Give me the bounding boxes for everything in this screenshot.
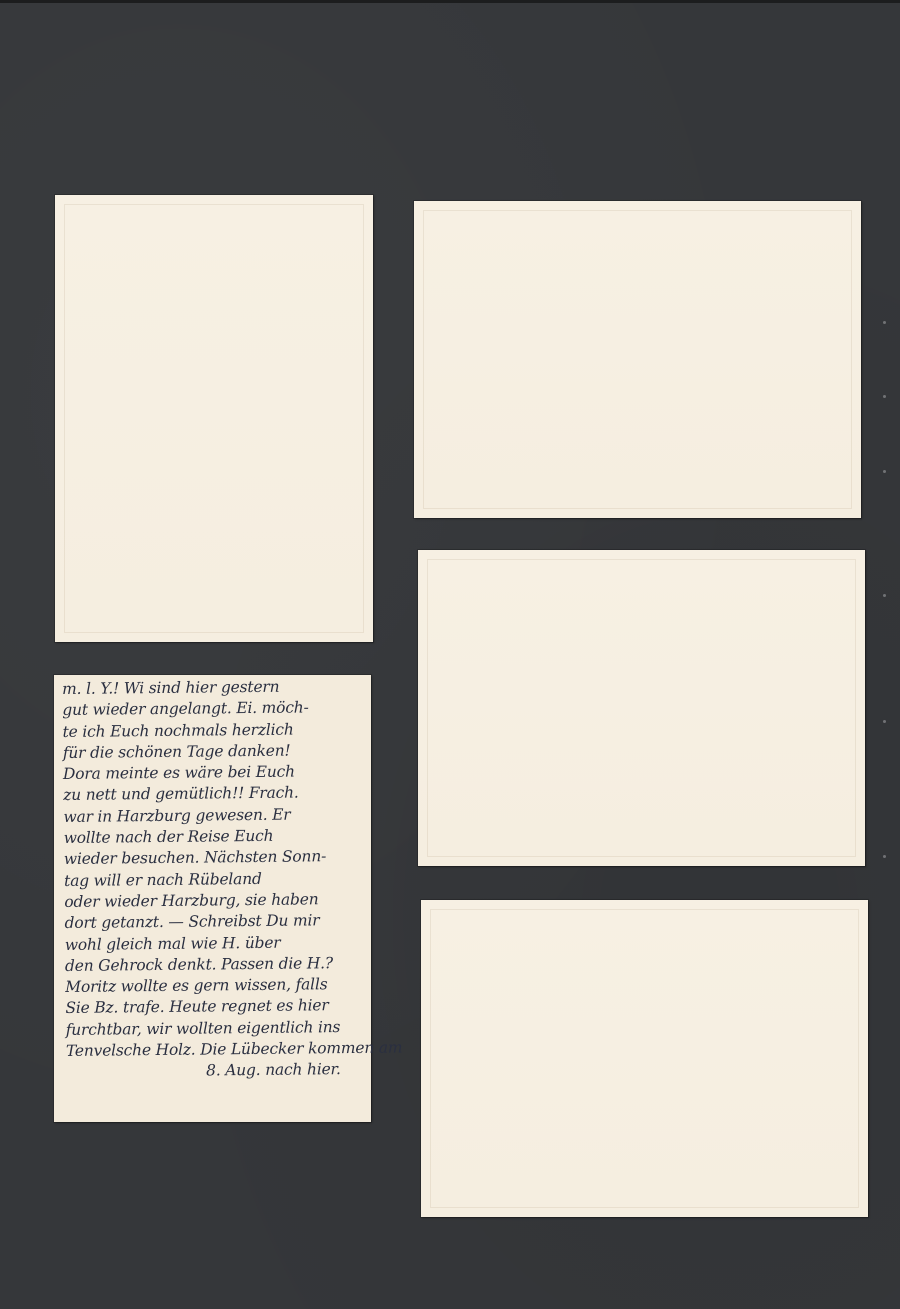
embossed-border — [427, 559, 856, 857]
letter-signoff: 8. Aug. nach hier. — [66, 1059, 371, 1083]
page-mark — [883, 395, 886, 398]
page-mark — [883, 855, 886, 858]
album-page: m. l. Y.! Wi sind hier gestern gut wiede… — [0, 0, 900, 1309]
embossed-border — [423, 210, 852, 509]
embossed-border — [430, 909, 859, 1208]
letter-line: wieder besuchen. Nächsten Sonn- — [64, 846, 369, 870]
page-mark — [883, 720, 886, 723]
embossed-border — [64, 204, 364, 633]
handwritten-letter: m. l. Y.! Wi sind hier gestern gut wiede… — [62, 676, 372, 1118]
page-mark — [883, 470, 886, 473]
blank-card-middle-right — [418, 550, 865, 866]
handwritten-postcard: m. l. Y.! Wi sind hier gestern gut wiede… — [54, 675, 371, 1122]
letter-line: Sie Bz. trafe. Heute regnet es hier — [65, 995, 370, 1019]
scan-edge — [0, 0, 900, 3]
blank-card-top-left — [55, 195, 373, 642]
blank-card-top-right — [414, 201, 861, 518]
blank-card-bottom-right — [421, 900, 868, 1217]
page-mark — [883, 594, 886, 597]
page-mark — [883, 321, 886, 324]
